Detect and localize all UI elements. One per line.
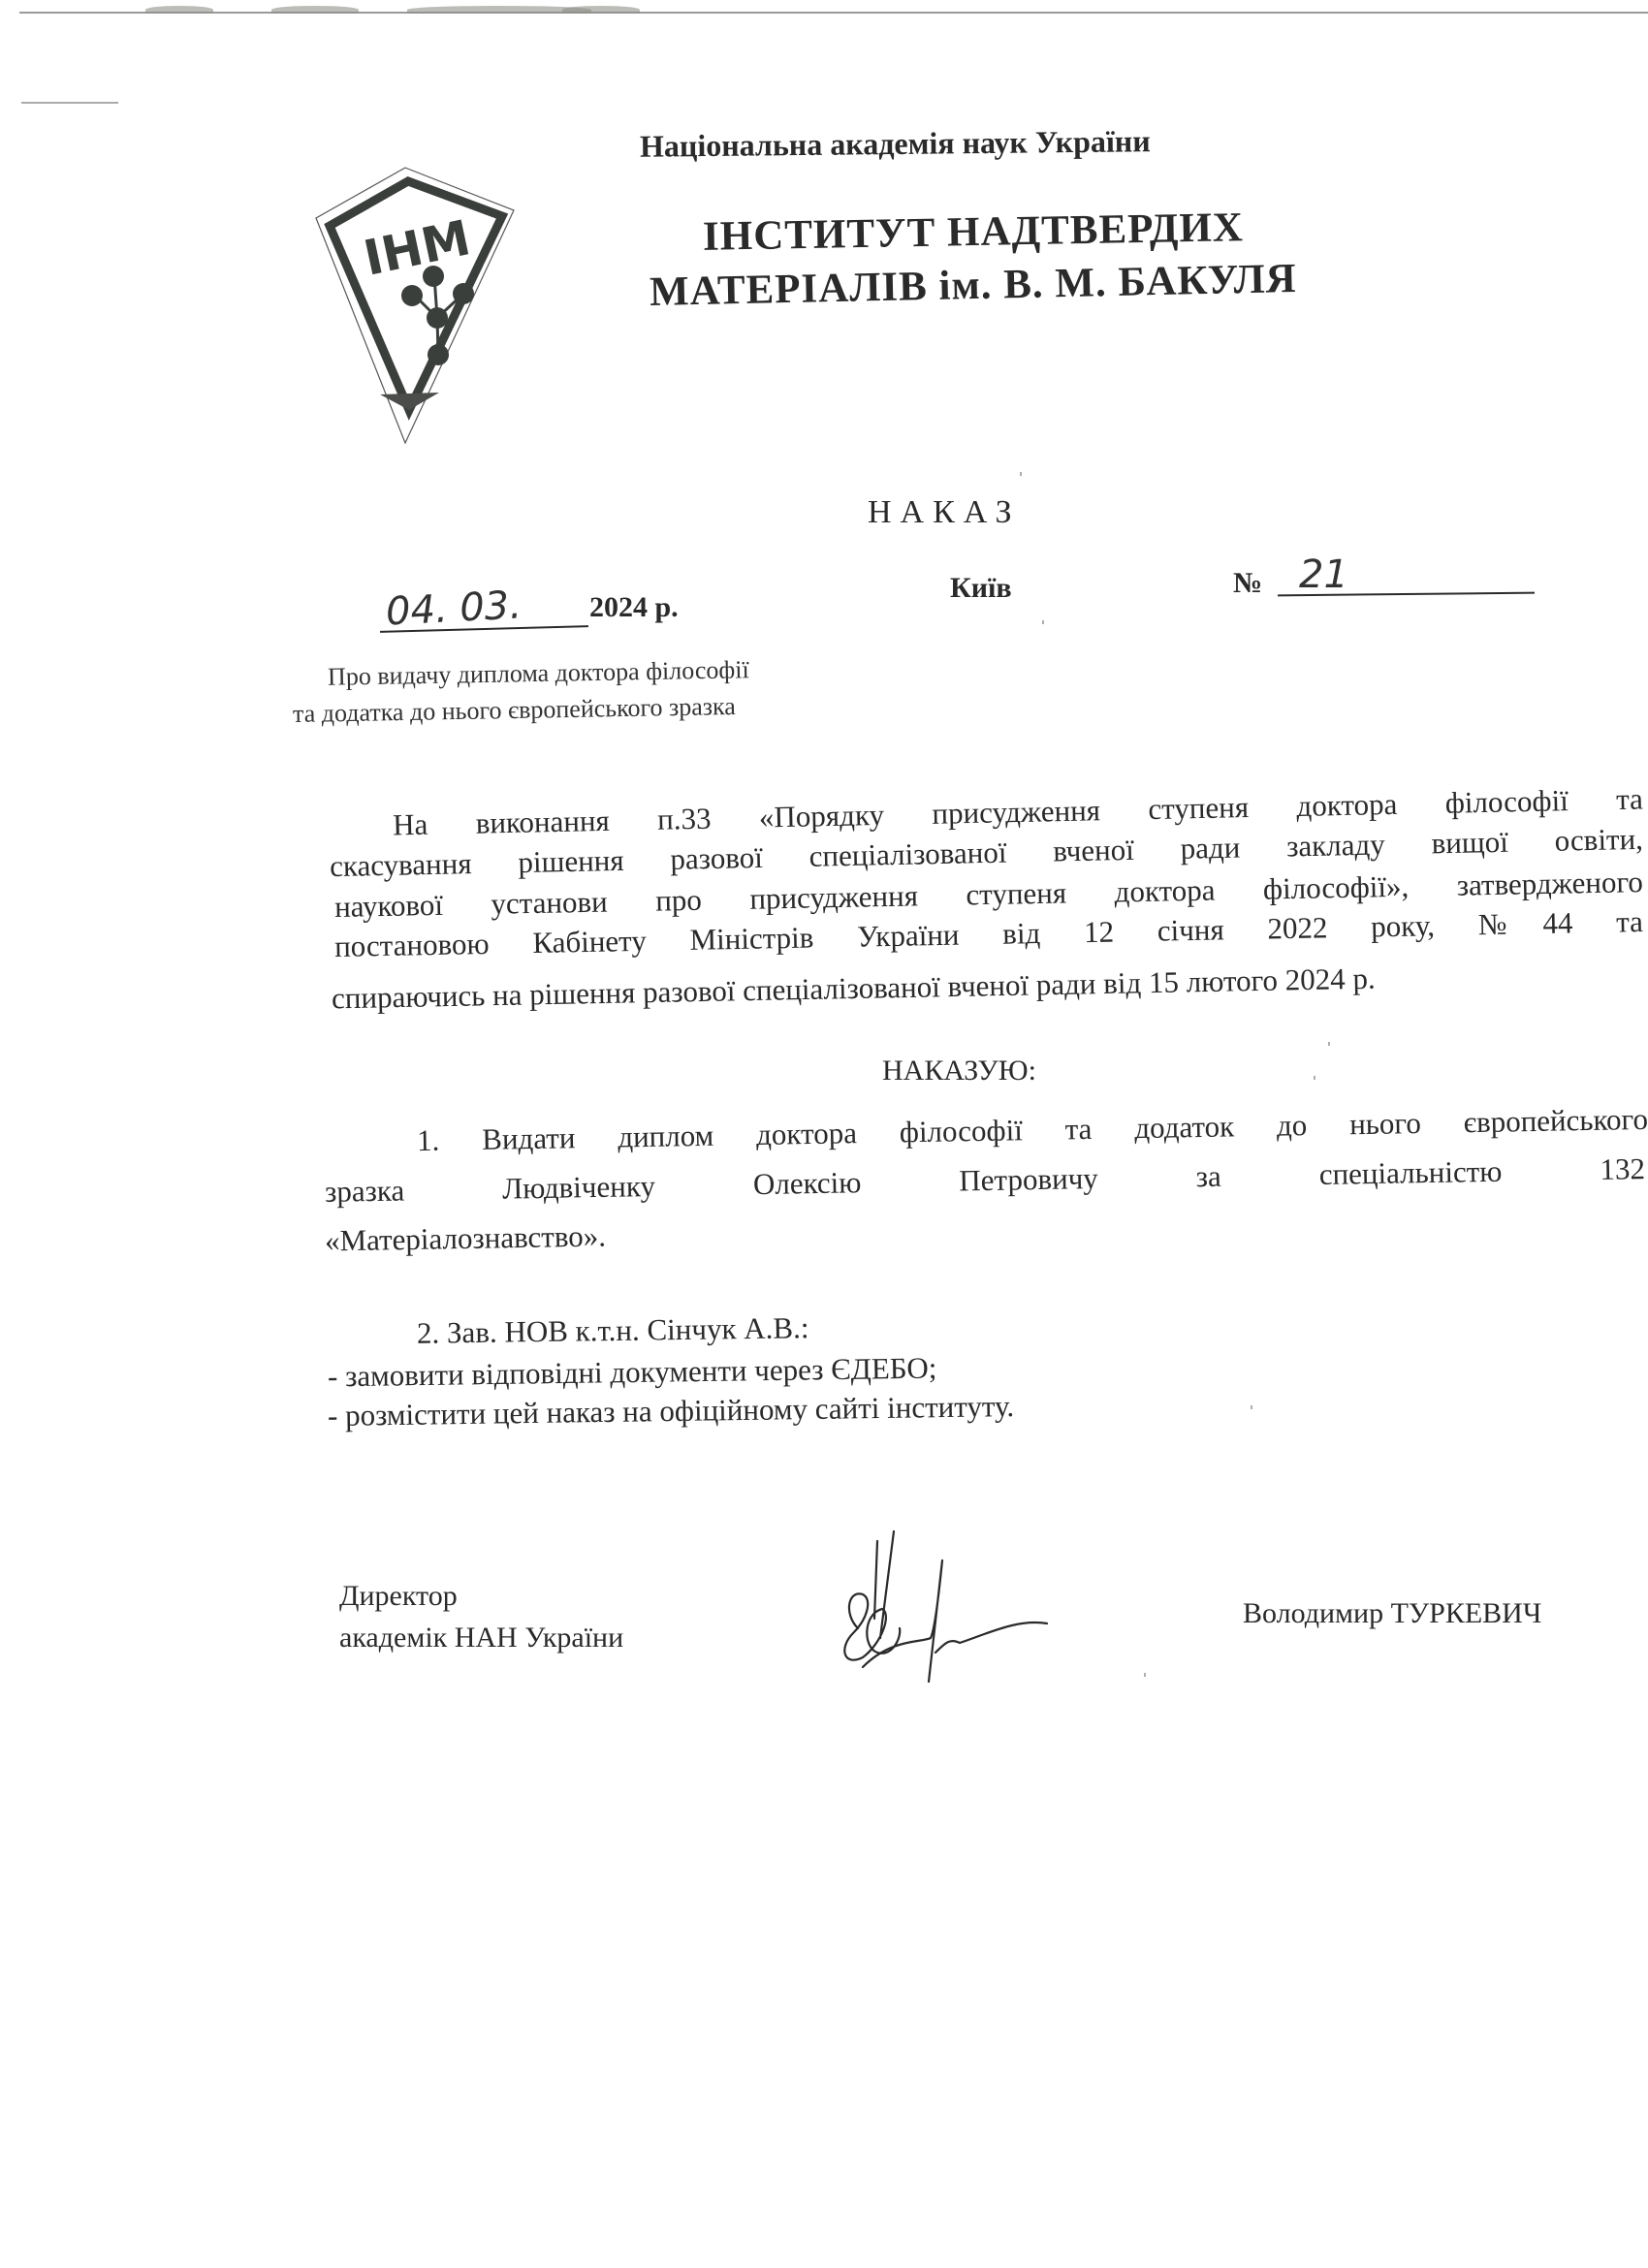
signatory-name: Володимир ТУРКЕВИЧ — [1243, 1597, 1541, 1630]
item1-line: «Матеріалознавство». — [325, 1218, 607, 1258]
subject-line-1: Про видачу диплома доктора філософії — [328, 655, 749, 692]
scan-speck — [1328, 1042, 1330, 1046]
scan-artifact — [21, 102, 118, 104]
item1-line: 1. Видати диплом доктора філософії та до… — [417, 1102, 1648, 1158]
institute-name-line2: МАТЕРІАЛІВ ім. В. М. БАКУЛЯ — [650, 255, 1298, 316]
scan-edge-line — [19, 12, 1648, 14]
item2-line: - розмістити цей наказ на офіційному сай… — [328, 1389, 1015, 1433]
scan-artifact — [562, 6, 640, 14]
handwritten-order-number: 21 — [1299, 552, 1348, 597]
scan-speck — [1020, 472, 1022, 476]
order-number-label: № — [1233, 567, 1262, 600]
scan-speck — [1042, 620, 1044, 624]
order-year: 2024 р. — [589, 591, 679, 624]
directive-heading: НАКАЗУЮ: — [882, 1055, 1036, 1087]
scan-speck — [1144, 1673, 1146, 1677]
institute-name-line1: ІНСТИТУТ НАДТВЕРДИХ — [703, 204, 1245, 261]
item2-line: - замовити відповідні документи через ЄД… — [328, 1351, 937, 1395]
scan-speck — [1251, 1405, 1252, 1409]
academy-name: Національна академія наук України — [640, 123, 1151, 165]
item1-line: зразка Людвіченку Олексію Петровичу за с… — [325, 1151, 1645, 1210]
scan-artifact — [271, 6, 359, 14]
signatory-rank: академік НАН України — [339, 1622, 623, 1654]
order-city: Київ — [950, 572, 1012, 605]
signatory-position: Директор — [339, 1580, 458, 1613]
subject-line-2: та додатка до нього європейського зразка — [293, 692, 736, 729]
handwritten-signature-icon — [824, 1522, 1163, 1686]
scan-artifact — [145, 6, 213, 14]
scan-speck — [1314, 1076, 1315, 1080]
item2-line: 2. Зав. НОВ к.т.н. Сінчук А.В.: — [417, 1310, 809, 1351]
document-title: НАКАЗ — [868, 494, 1021, 531]
logo-text: IHM — [359, 209, 475, 287]
institute-logo-icon: IHM — [308, 160, 522, 446]
preamble-line: спираючись на рішення разової спеціалізо… — [332, 961, 1376, 1017]
